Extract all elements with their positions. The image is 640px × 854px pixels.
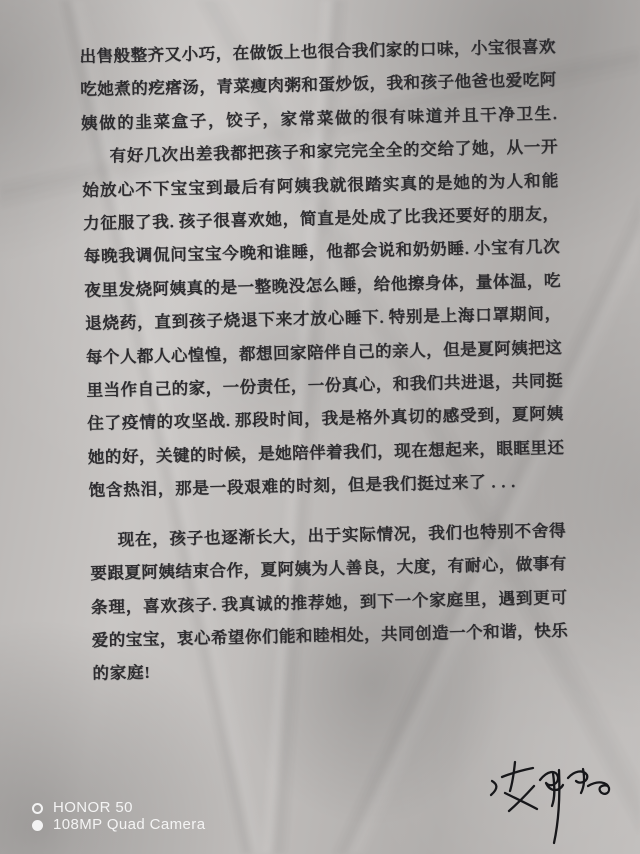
paragraph: 出售般整齐又小巧，在做饭上也很合我们家的口味，小宝很喜欢 吃她煮的疙瘩汤，青菜瘦… <box>79 30 557 140</box>
watermark-camera-row: 108MP Quad Camera <box>32 817 205 833</box>
handwritten-signature-icon <box>470 740 625 852</box>
dot-icon <box>32 820 43 831</box>
camera-watermark: HONOR 50 108MP Quad Camera <box>32 800 205 834</box>
letter-text: 出售般整齐又小巧，在做饭上也很合我们家的口味，小宝很喜欢 吃她煮的疙瘩汤，青菜瘦… <box>79 30 569 691</box>
watermark-device-row: HONOR 50 <box>32 800 205 816</box>
watermark-camera-label: 108MP Quad Camera <box>53 817 205 833</box>
photo-of-document: 出售般整齐又小巧，在做饭上也很合我们家的口味，小宝很喜欢 吃她煮的疙瘩汤，青菜瘦… <box>0 0 640 854</box>
watermark-device-label: HONOR 50 <box>53 800 133 816</box>
ring-icon <box>32 803 43 814</box>
paragraph: 现在，孩子也逐渐长大，出于实际情况，我们也特别不舍得 要跟夏阿姨结束合作，夏阿姨… <box>89 514 568 691</box>
paragraph: 有好几次出差我都把孩子和家完完全全的交给了她，从一开 始放心不下宝宝到最后有阿姨… <box>81 130 565 507</box>
